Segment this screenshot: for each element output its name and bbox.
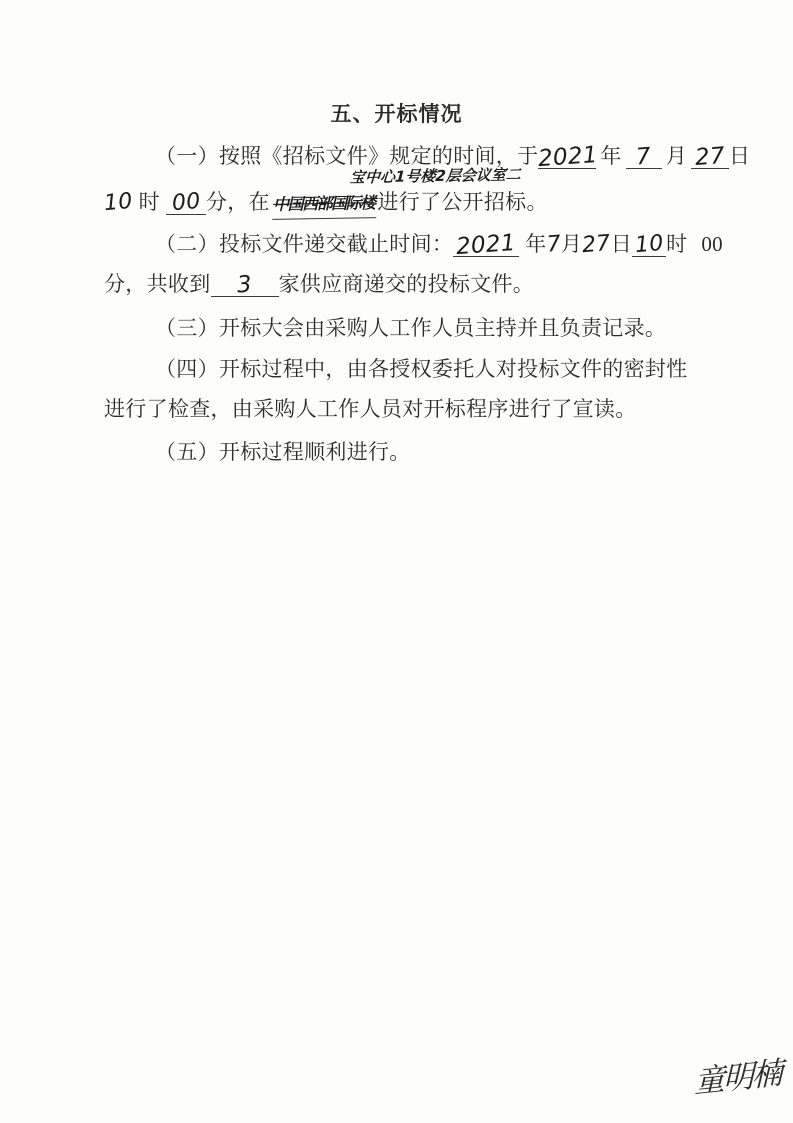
crossed-out-location: 中国西部国际楼 (272, 190, 376, 220)
paragraph-3: （三）开标大会由采购人工作人员主持并且负责记录。 (155, 315, 666, 341)
p1-unit-day: 日 (729, 144, 750, 168)
p2-line2-printed-text: 分，共收到 (104, 272, 211, 296)
handwritten-location-annotation: 宝中心1号楼2层会议室二 (349, 163, 521, 187)
handwritten-year: 2021 (538, 144, 599, 171)
handwritten-month-2: 7 (545, 231, 562, 258)
p1-month-blank: 7 (626, 145, 662, 169)
paragraph-1-line-2: 10时00分，在中国西部国际楼进行了公开招标。 (104, 189, 548, 219)
p1-unit-minute: 分， (206, 190, 249, 214)
handwritten-hour: 10 (103, 189, 134, 217)
scanned-document-page: 五、开标情况 （一）按照《招标文件》规定的时间，于2021年7月27日 宝中心1… (0, 0, 793, 1123)
p2-unit-month: 月 (561, 232, 582, 256)
handwritten-year-2: 2021 (456, 232, 517, 259)
handwritten-hour-2: 10 (634, 233, 664, 257)
paragraph-2-line-1: （二）投标文件递交截止时间：2021年7月27日10时00 (155, 231, 723, 258)
paragraph-4-line-2: 进行了检查，由采购人工作人员对开标程序进行了宣读。 (104, 396, 637, 422)
page-title: 五、开标情况 (0, 98, 793, 128)
p2-unit-day: 日 (611, 232, 632, 256)
p1-unit-hour: 时 (139, 190, 160, 214)
p1-minute-blank: 00 (166, 192, 206, 215)
p2-supplier-count-blank: 3 (211, 273, 279, 297)
handwritten-minute: 00 (171, 191, 201, 215)
p1-year-blank: 2021 (538, 145, 596, 169)
p1-unit-year: 年 (600, 144, 621, 168)
p2-line2-printed-text-end: 家供应商递交的投标文件。 (279, 272, 535, 296)
handwritten-month: 7 (636, 146, 653, 170)
p2-unit-year: 年 (525, 232, 546, 256)
p1-unit-month: 月 (666, 144, 687, 168)
paragraph-4-line-1: （四）开标过程中，由各授权委托人对投标文件的密封性 (155, 356, 688, 382)
handwritten-day-2: 27 (581, 231, 612, 259)
paragraph-2-line-2: 分，共收到3家供应商递交的投标文件。 (104, 271, 534, 297)
handwritten-supplier-count: 3 (236, 274, 253, 298)
p2-hour-blank: 10 (632, 234, 666, 257)
p1-day-blank: 27 (691, 145, 729, 169)
p1-line2-printed-text: 进行了公开招标。 (377, 190, 547, 214)
p1-prep: 在 (249, 190, 270, 214)
p2-printed-text: （二）投标文件递交截止时间： (155, 232, 453, 256)
p2-year-blank: 2021 (453, 233, 519, 257)
p2-unit-hour: 时 (666, 232, 687, 256)
p2-minute-printed: 00 (701, 232, 723, 256)
handwritten-signature: 童明楠 (694, 1047, 781, 1101)
paragraph-5: （五）开标过程顺利进行。 (155, 439, 411, 465)
handwritten-day: 27 (694, 145, 725, 170)
